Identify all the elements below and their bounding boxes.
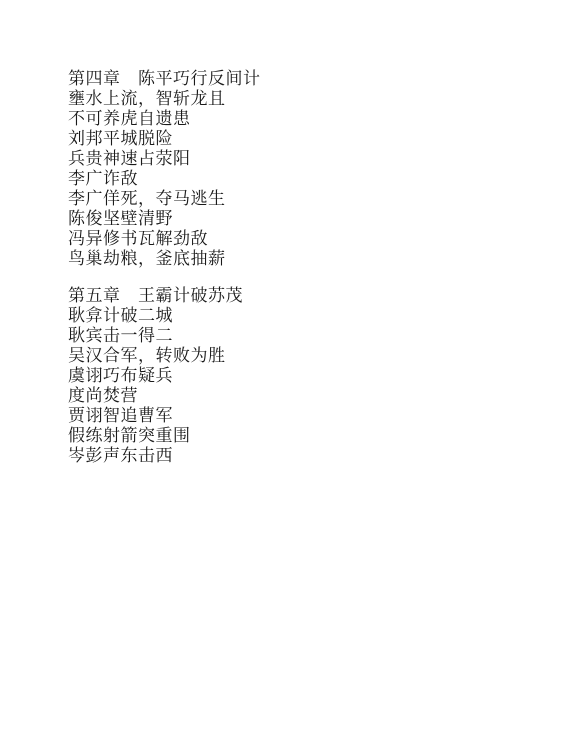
toc-content: 第四章 陈平巧行反间计 壅水上流，智斩龙且 不可养虎自遗患 刘邦平城脱险 兵贵神… bbox=[68, 69, 566, 466]
toc-entry: 李广诈敌 bbox=[68, 169, 566, 189]
document-page: 第四章 陈平巧行反间计 壅水上流，智斩龙且 不可养虎自遗患 刘邦平城脱险 兵贵神… bbox=[0, 0, 586, 742]
toc-section-chapter-5: 第五章 王霸计破苏茂 耿弇计破二城 耿宾击一得二 吴汉合军，转败为胜 虞诩巧布疑… bbox=[68, 286, 566, 466]
toc-entry: 虞诩巧布疑兵 bbox=[68, 366, 566, 386]
chapter-4-heading: 第四章 陈平巧行反间计 bbox=[68, 69, 566, 89]
toc-entry: 贾诩智追曹军 bbox=[68, 406, 566, 426]
toc-entry: 刘邦平城脱险 bbox=[68, 129, 566, 149]
toc-entry: 耿宾击一得二 bbox=[68, 326, 566, 346]
chapter-5-heading: 第五章 王霸计破苏茂 bbox=[68, 286, 566, 306]
toc-entry: 岑彭声东击西 bbox=[68, 446, 566, 466]
toc-entry: 壅水上流，智斩龙且 bbox=[68, 89, 566, 109]
toc-entry: 鸟巢劫粮，釜底抽薪 bbox=[68, 249, 566, 269]
toc-entry: 兵贵神速占荥阳 bbox=[68, 149, 566, 169]
toc-entry: 冯异修书瓦解劲敌 bbox=[68, 229, 566, 249]
toc-entry: 不可养虎自遗患 bbox=[68, 109, 566, 129]
toc-entry: 李广佯死，夺马逃生 bbox=[68, 189, 566, 209]
toc-entry: 陈俊坚壁清野 bbox=[68, 209, 566, 229]
toc-entry: 吴汉合军，转败为胜 bbox=[68, 346, 566, 366]
toc-entry: 假练射箭突重围 bbox=[68, 426, 566, 446]
toc-section-chapter-4: 第四章 陈平巧行反间计 壅水上流，智斩龙且 不可养虎自遗患 刘邦平城脱险 兵贵神… bbox=[68, 69, 566, 269]
toc-entry: 耿弇计破二城 bbox=[68, 306, 566, 326]
toc-entry: 度尚焚营 bbox=[68, 386, 566, 406]
